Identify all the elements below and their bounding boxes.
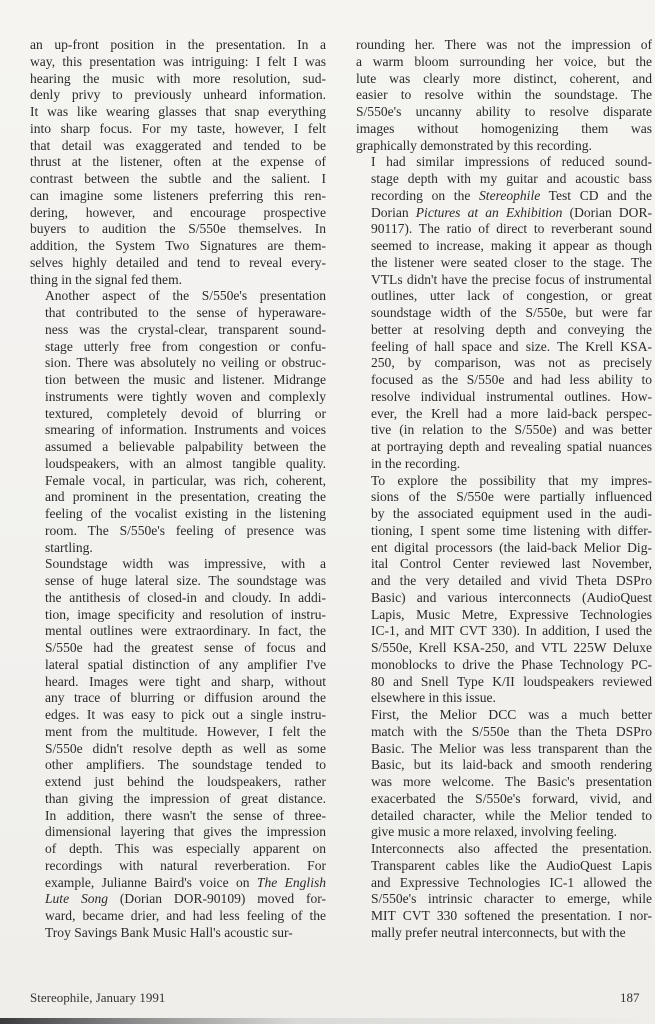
text-line: elsewhere in this issue. [356,690,652,707]
text-line: recording on the Stereophile Test CD and… [356,188,652,205]
text-line: selves highly detailed and tend to revea… [30,255,326,272]
text-line: ward, became drier, and had less feeling… [30,908,326,925]
text-line: assumed a believable palpability between… [30,439,326,456]
footer-page-number: 187 [620,990,640,1006]
text-line: VTLs didn't have the precise focus of in… [356,272,652,289]
text-line: It was like wearing glasses that snap ev… [30,104,326,121]
paragraph: I had similar impressions of reduced sou… [356,154,652,472]
left-column: an up-front position in the presentation… [30,37,326,942]
text-line: easier to resolve within the soundstage.… [356,87,652,104]
text-line: loudspeakers, with an almost tangible qu… [30,456,326,473]
text-line: Soundstage width was impressive, with a [30,556,326,573]
text-line: Transparent cables like the AudioQuest L… [356,858,652,875]
text-line: buyers to audition the S/550e themselves… [30,221,326,238]
text-line: feeling of hall space and size. The Krel… [356,339,652,356]
text-line: addition, the System Two Signatures are … [30,238,326,255]
text-line: match with the S/550e than the Theta DSP… [356,724,652,741]
text-line: lute was clearly more distinct, coherent… [356,71,652,88]
text-line: other amplifiers. The soundstage tended … [30,757,326,774]
text-line: S/550e didn't resolve depth as well as s… [30,741,326,758]
text-line: tioning, I spent some time listening wit… [356,523,652,540]
text-line: stage utterly free from congestion or co… [30,339,326,356]
text-line: Dorian Pictures at an Exhibition (Dorian… [356,205,652,222]
text-line: into sharp focus. For my taste, however,… [30,121,326,138]
text-line: To explore the possibility that my impre… [356,473,652,490]
text-line: MIT CVT 330 softened the presentation. I… [356,908,652,925]
text-line: can imagine some listeners preferring th… [30,188,326,205]
text-line: monoblocks to drive the Phase Technology… [356,657,652,674]
text-line: 90117). The ratio of direct to reverbera… [356,221,652,238]
text-line: images without homogenizing them was [356,121,652,138]
text-line: ent digital processors (the laid-back Me… [356,540,652,557]
text-line: rounding her. There was not the impressi… [356,37,652,54]
text-line: ness was the crystal-clear, transparent … [30,322,326,339]
text-line: graphically demonstrated by this recordi… [356,138,652,155]
text-line: than giving the impression of great dist… [30,791,326,808]
text-line: of depth. This was especially apparent o… [30,841,326,858]
text-line: Another aspect of the S/550e's presentat… [30,288,326,305]
text-line: mally prefer neutral interconnects, but … [356,925,652,942]
text-line: was more welcome. The Basic's presentati… [356,774,652,791]
paragraph: To explore the possibility that my impre… [356,473,652,708]
text-line: IC-1, and MIT CVT 330). In addition, I u… [356,623,652,640]
text-line: Lapis, Music Metre, Expressive Technolog… [356,607,652,624]
text-line: dering, however, and encourage prospecti… [30,205,326,222]
text-line: that detail was exaggerated and tended t… [30,138,326,155]
footer-publication: Stereophile, January 1991 [30,990,165,1006]
text-line: stage depth with my guitar and acoustic … [356,171,652,188]
text-line: at portraying depth and revealing spatia… [356,439,652,456]
text-line: mental outlines were extraordinary. In f… [30,623,326,640]
text-line: give music a more relaxed, involving fee… [356,824,652,841]
text-line: example, Julianne Baird's voice on The E… [30,875,326,892]
text-line: 80 and Snell Type K/II loudspeakers revi… [356,674,652,691]
text-line: tion, image specificity and resolution o… [30,607,326,624]
text-line: 250, by comparison, was not as precisely [356,355,652,372]
text-line: thrust at the listener, often at the exp… [30,154,326,171]
text-line: any trace of blurring or diffusion aroun… [30,690,326,707]
text-line: I had similar impressions of reduced sou… [356,154,652,171]
text-line: instruments were tightly woven and compl… [30,389,326,406]
text-line: heard. Images were tight and sharp, with… [30,674,326,691]
text-line: the listener were seated closer to the s… [356,255,652,272]
text-line: dimensional layering that gives the impr… [30,824,326,841]
text-line: resolve individual instrumental outlines… [356,389,652,406]
paragraph: Interconnects also affected the presenta… [356,841,652,942]
right-column: rounding her. There was not the impressi… [356,37,652,942]
text-line: contrast between the subtle and the sali… [30,171,326,188]
text-line: edges. It was easy to pick out a single … [30,707,326,724]
text-line: an up-front position in the presentation… [30,37,326,54]
text-line: First, the Melior DCC was a much better [356,707,652,724]
text-line: hearing the music with more resolution, … [30,71,326,88]
text-line: sions of the S/550e were partially influ… [356,489,652,506]
text-line: smearing of information. Instruments and… [30,422,326,439]
magazine-page: an up-front position in the presentation… [0,0,655,1024]
paragraph: Soundstage width was impressive, with as… [30,556,326,941]
text-line: startling. [30,540,326,557]
text-line: room. The S/550e's feeling of presence w… [30,523,326,540]
text-line: textured, completely devoid of blurring … [30,406,326,423]
text-line: detailed character, while the Melior ten… [356,808,652,825]
text-line: in the recording. [356,456,652,473]
text-line: thing in the signal fed them. [30,272,326,289]
paragraph: Another aspect of the S/550e's presentat… [30,288,326,556]
text-line: that contributed to the sense of hyperaw… [30,305,326,322]
text-line: and prominent in the presentation, creat… [30,489,326,506]
text-line: Troy Savings Bank Music Hall's acoustic … [30,925,326,942]
text-line: S/550e had the greatest sense of focus a… [30,640,326,657]
text-line: soundstage width of the S/550e, but were… [356,305,652,322]
text-line: ever, the Krell had a more laid-back per… [356,406,652,423]
text-line: a warm bloom surrounding her voice, but … [356,54,652,71]
text-line: In addition, there wasn't the sense of t… [30,808,326,825]
text-line: and the very detailed and vivid Theta DS… [356,573,652,590]
text-line: feeling of the vocalist existing in the … [30,506,326,523]
text-line: sense of huge lateral size. The soundsta… [30,573,326,590]
text-line: S/550e's intrinsic character to emerge, … [356,891,652,908]
text-line: Lute Song (Dorian DOR-90109) moved for- [30,891,326,908]
text-line: outlines, utter lack of congestion, or g… [356,288,652,305]
text-line: tion between the music and listener. Mid… [30,372,326,389]
text-line: recordings with natural reverberation. F… [30,858,326,875]
text-line: S/550e, Krell KSA-250, and VTL 225W Delu… [356,640,652,657]
text-line: the antithesis of closed-in and cloudy. … [30,590,326,607]
paragraph: First, the Melior DCC was a much betterm… [356,707,652,841]
text-line: ment from the multitude. However, I felt… [30,724,326,741]
text-line: Basic) and various interconnects (AudioQ… [356,590,652,607]
text-line: by the associated equipment used in the … [356,506,652,523]
text-line: Basic, but its laid-back and smooth rend… [356,757,652,774]
text-line: better at resolving depth and conveying … [356,322,652,339]
text-line: Basic. The Melior was less transparent t… [356,741,652,758]
text-line: lateral spatial distinction of any ampli… [30,657,326,674]
text-line: exacerbated the S/550e's forward, vivid,… [356,791,652,808]
text-line: focused as the S/550e and had less abili… [356,372,652,389]
text-line: Female vocal, in particular, was rich, c… [30,473,326,490]
text-line: sion. There was absolutely no veiling or… [30,355,326,372]
text-line: tive (in relation to the S/550e) and was… [356,422,652,439]
text-line: extend just behind the loudspeakers, rat… [30,774,326,791]
text-line: and Expressive Technologies IC-1 allowed… [356,875,652,892]
scan-edge-shadow [0,1018,655,1024]
text-line: S/550e's uncanny ability to resolve disp… [356,104,652,121]
text-line: ital Control Center reviewed last Novemb… [356,556,652,573]
text-line: seemed to increase, making it appear as … [356,238,652,255]
text-line: way, this presentation was intriguing: I… [30,54,326,71]
text-line: denly privy to previously unheard inform… [30,87,326,104]
paragraph: an up-front position in the presentation… [30,37,326,288]
paragraph: rounding her. There was not the impressi… [356,37,652,154]
text-line: Interconnects also affected the presenta… [356,841,652,858]
